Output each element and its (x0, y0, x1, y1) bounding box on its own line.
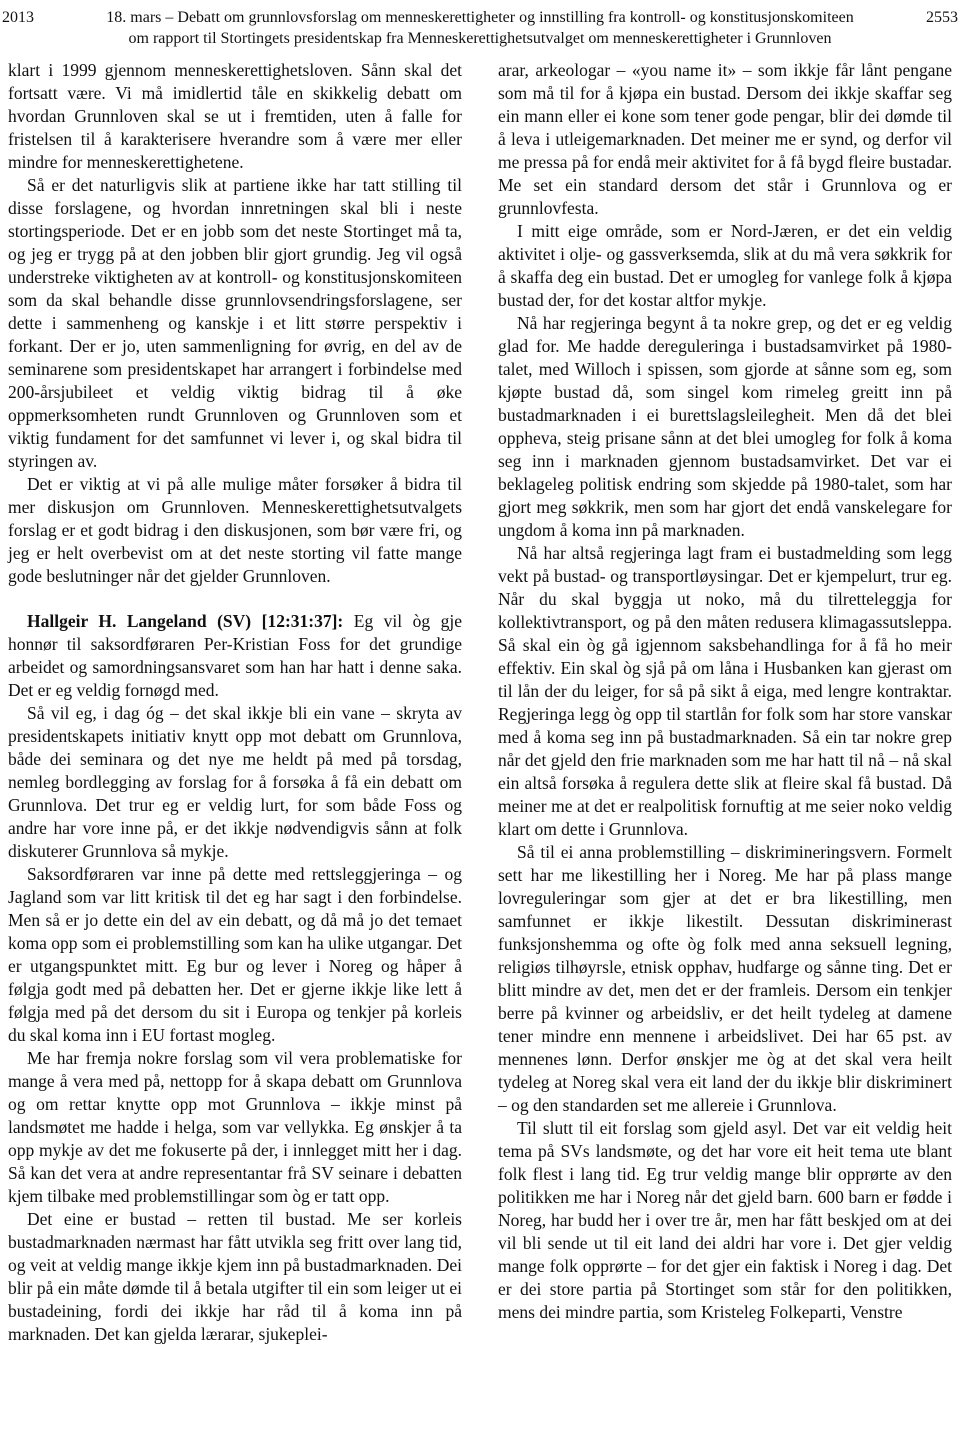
paragraph: Nå har regjeringa begynt å ta nokre grep… (498, 312, 952, 542)
paragraph: Me har fremja nokre forslag som vil vera… (8, 1047, 462, 1208)
paragraph: I mitt eige område, som er Nord-Jæren, e… (498, 220, 952, 312)
paragraph: Det er viktig at vi på alle mulige måter… (8, 473, 462, 588)
header-year: 2013 (2, 7, 34, 28)
speaker-name: Hallgeir H. Langeland (SV) [12:31:37]: (27, 611, 354, 631)
paragraph: Til slutt til eit forslag som gjeld asyl… (498, 1117, 952, 1324)
header-title-line2: om rapport til Stortingets presidentskap… (58, 28, 902, 49)
header-page-number: 2553 (926, 7, 958, 28)
left-column: klart i 1999 gjennom menneskerettighetsl… (8, 59, 462, 1346)
page-body: klart i 1999 gjennom menneskerettighetsl… (0, 49, 960, 1346)
paragraph: Så vil eg, i dag óg – det skal ikkje bli… (8, 702, 462, 863)
speech-paragraph: Hallgeir H. Langeland (SV) [12:31:37]: E… (8, 610, 462, 702)
header-title: 18. mars – Debatt om grunnlovsforslag om… (58, 7, 902, 49)
paragraph: arar, arkeologar – «you name it» – som i… (498, 59, 952, 220)
page-header: 2013 2553 18. mars – Debatt om grunnlovs… (0, 0, 960, 49)
paragraph: Saksordføraren var inne på dette med ret… (8, 863, 462, 1047)
paragraph: klart i 1999 gjennom menneskerettighetsl… (8, 59, 462, 174)
paragraph: Så er det naturligvis slik at partiene i… (8, 174, 462, 473)
right-column: arar, arkeologar – «you name it» – som i… (498, 59, 952, 1346)
document-page: 2013 2553 18. mars – Debatt om grunnlovs… (0, 0, 960, 1430)
header-title-line1: 18. mars – Debatt om grunnlovsforslag om… (58, 7, 902, 28)
paragraph: Nå har altså regjeringa lagt fram ei bus… (498, 542, 952, 841)
paragraph: Det eine er bustad – retten til bustad. … (8, 1208, 462, 1346)
paragraph: Så til ei anna problemstilling – diskrim… (498, 841, 952, 1117)
